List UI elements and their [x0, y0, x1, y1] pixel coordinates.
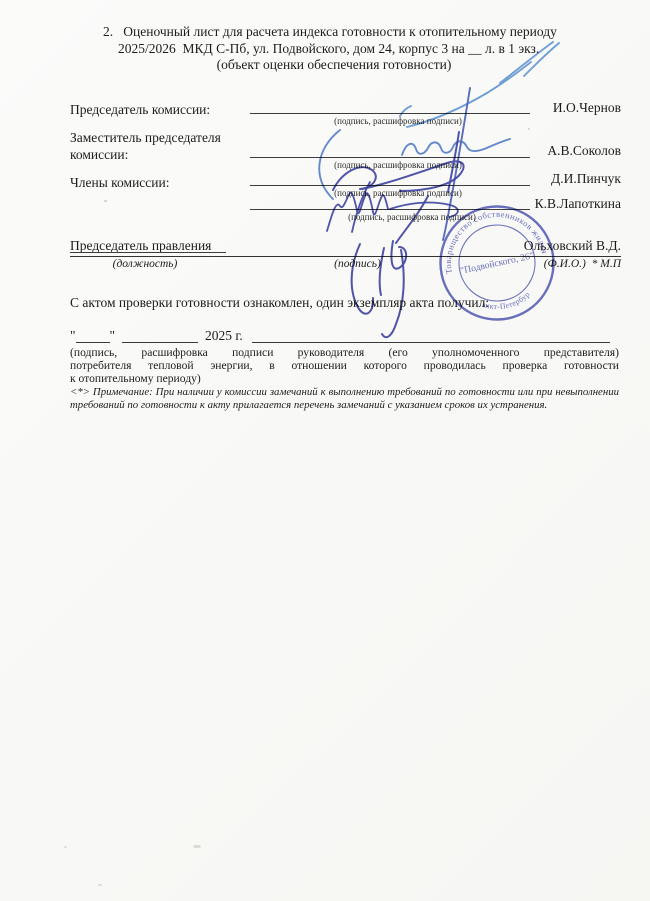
- name-sokolov: А.В.Соколов: [547, 143, 621, 159]
- signature-blank: [252, 329, 610, 343]
- position-underline: [70, 252, 226, 253]
- doc-title-line3: (объект оценки обеспечения готовности): [103, 57, 565, 74]
- stamp-center-text: "Подвойского, 26": [459, 250, 534, 276]
- scan-speck: [528, 128, 530, 130]
- doc-title-line1: 2. Оценочный лист для расчета индекса го…: [103, 24, 557, 41]
- caption-position: (должность): [95, 258, 195, 270]
- signature-caption: (подпись, расшифровка подписи): [258, 116, 538, 126]
- note-line2: требований по готовности к акту прилагае…: [70, 399, 619, 412]
- month-blank: [122, 329, 198, 343]
- signature-caption: (подпись, расшифровка подписи): [258, 188, 538, 198]
- caption-signature: (подпись): [310, 258, 405, 270]
- footnote-line1: (подпись, расшифровка подписи руководите…: [70, 346, 619, 359]
- signature-line: [250, 185, 530, 186]
- close-quote: ": [110, 328, 116, 343]
- label-chairman: Председатель комиссии:: [70, 102, 210, 117]
- name-chernov: И.О.Чернов: [553, 100, 621, 116]
- org-stamp: Товарищество собственников жилья Санкт-П…: [425, 191, 570, 336]
- label-deputy-1: Заместитель председателя: [70, 130, 221, 145]
- label-members: Члены комиссии:: [70, 175, 170, 190]
- footnote-paragraph: (подпись, расшифровка подписи руководите…: [70, 346, 619, 385]
- signature-caption: (подпись, расшифровка подписи): [258, 160, 538, 170]
- name-pinchuk: Д.И.Пинчук: [551, 171, 621, 187]
- signature-line: [250, 157, 530, 158]
- doc-title-line2: 2025/2026 МКД С-Пб, ул. Подвойского, дом…: [118, 41, 539, 58]
- acknowledgement-line: С актом проверки готовности ознакомлен, …: [70, 295, 489, 310]
- scan-speck: [64, 846, 67, 848]
- footnote-line3: к отопительному периоду): [70, 372, 619, 385]
- scan-speck: [98, 884, 102, 886]
- document-page: 2. Оценочный лист для расчета индекса го…: [0, 0, 650, 901]
- scan-speck: [193, 845, 201, 848]
- signature-line: [250, 113, 530, 114]
- note-line1: <*> Примечание: При наличии у комиссии з…: [70, 386, 619, 399]
- board-position: Председатель правления: [70, 238, 211, 253]
- footnote-line2: потребителя тепловой энергии, в отношени…: [70, 359, 619, 372]
- date-row: ""2025 г.: [70, 328, 619, 343]
- note-paragraph: <*> Примечание: При наличии у комиссии з…: [70, 386, 619, 412]
- scan-speck: [104, 200, 107, 202]
- label-deputy-2: комиссии:: [70, 147, 128, 162]
- year-label: 2025 г.: [205, 328, 243, 343]
- day-blank: [76, 329, 110, 343]
